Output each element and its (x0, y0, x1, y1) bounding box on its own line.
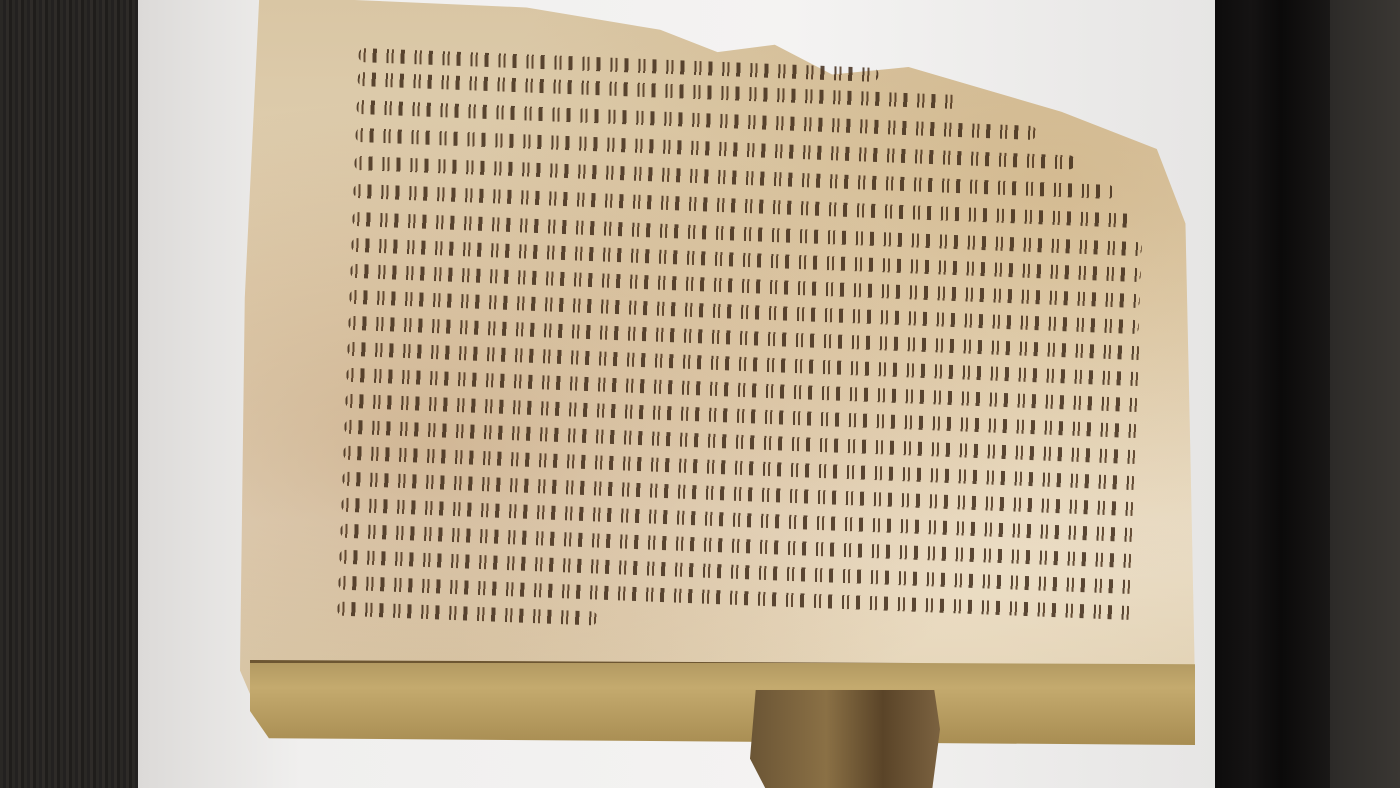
dark-frame-right (1215, 0, 1335, 788)
dark-wood-frame-left (0, 0, 140, 788)
handwritten-text-block (336, 20, 1169, 671)
seal-tag (750, 690, 940, 788)
text-line (337, 602, 597, 626)
wall-right (1330, 0, 1400, 788)
folded-parchment-edge (250, 660, 1195, 745)
